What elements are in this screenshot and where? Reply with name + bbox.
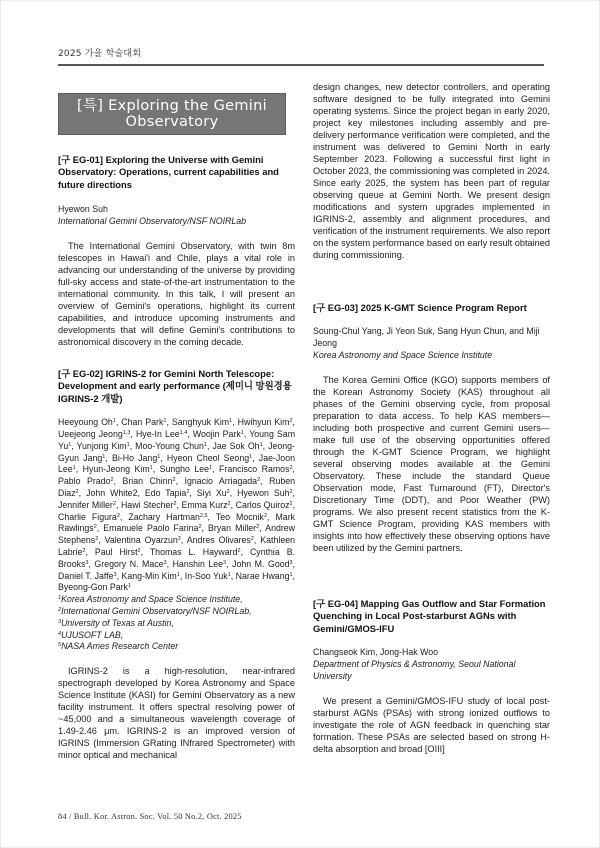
affiliation-marker: 2 [289,418,292,424]
author-name: Andres Olivares [187,535,251,545]
author-name: Thomas L. Hayward [150,547,238,557]
affiliation-marker: 2 [186,489,189,495]
author-name: Narae Hwang [236,571,290,581]
affiliation-marker: 1 [229,418,232,424]
affiliation-marker: 1 [228,572,231,578]
abstract-affiliation: Department of Physics & Astronomy, Seoul… [313,659,550,683]
author-name: Ueejeong Jeong [58,429,123,439]
author-name: Moo-Young Chun [135,441,204,451]
affiliation-marker: 1 [249,454,252,460]
author-name: Bryan Miller [208,523,256,533]
affiliation-marker: 1 [128,583,131,589]
abstract-eg01: [구 EG-01] Exploring the Universe with Ge… [58,154,295,348]
affiliation-marker: 3 [114,572,117,578]
abstract-authors: Changseok Kim, Jong-Hak Woo [313,647,550,659]
author-name: Siyi Xu [197,488,227,498]
author-name: Jennifer Miller [58,500,113,510]
abstract-title: [구 EG-01] Exploring the Universe with Ge… [58,154,295,191]
author-name: Brian Chinn [123,476,173,486]
affiliation-marker: 3 [85,560,88,566]
page-footer: 84 / Bull. Kor. Astron. Soc. Vol. 50 No.… [58,812,242,821]
affiliation-line: 1Korea Astronomy and Space Science Insti… [58,594,295,606]
author-name: Sungho Lee [160,464,209,474]
author-name: Hwihyun Kim [238,417,290,427]
author-name: Byeong-Gon Park [58,582,128,592]
affiliation-marker: 2 [257,477,260,483]
abstract-affiliation: Korea Astronomy and Space Science Instit… [313,350,550,362]
affiliation-marker: 1 [73,465,76,471]
abstract-authors: Heeyoung Oh1, Chan Park1, Sanghyuk Kim1,… [58,417,295,594]
affiliation-line: 4UJUSOFT LAB, [58,630,295,642]
affiliation-marker: 2 [173,477,176,483]
abstract-body-part-1: IGRINS-2 is a high-resolution, near-infr… [58,665,295,761]
author-name: Hanshin Lee [173,559,223,569]
abstract-affiliations: 1Korea Astronomy and Space Science Insti… [58,594,295,653]
author-name: Kang-Min Kim [121,571,176,581]
abstract-title: [구 EG-02] IGRINS-2 for Gemini North Tele… [58,368,295,405]
author-name: Carlos Quiroz [236,500,290,510]
abstract-body: The International Gemini Observatory, wi… [58,240,295,348]
affiliation-marker: 1 [241,430,244,436]
abstract-title: [구 EG-04] Mapping Gas Outflow and Star F… [313,598,550,635]
affiliation-marker: 2 [238,548,241,554]
author-name: Zachary Hartman [128,512,200,522]
author-name: Sanghyuk Kim [172,417,229,427]
abstract-authors: Hyewon Suh [58,204,295,216]
running-head: 2025 가을 학술대회 [58,46,141,59]
affiliation-marker: 2 [228,501,231,507]
affiliation-marker: 1 [209,465,212,471]
author-name: Teo Mocnik [216,512,264,522]
affiliation-marker: 2 [113,501,116,507]
affiliation-marker: 2 [256,524,259,530]
affiliation-marker: 2 [227,489,230,495]
affiliation-marker: 2 [173,501,176,507]
journal-page: 2025 가을 학술대회 [특] Exploring the Gemini Ob… [0,0,600,848]
author-name: Emma Kurz [181,500,227,510]
author-name: Emanuele Paolo Farina [103,523,198,533]
affiliation-marker: 1 [260,442,263,448]
affiliation-marker: 1 [289,572,292,578]
abstract-body-part-2: design changes, new detector controllers… [313,81,550,261]
affiliation-marker: 2 [110,477,113,483]
author-name: Charlie Figura [58,512,117,522]
author-name: Gregory N. Mace [94,559,163,569]
affiliation-marker: 2 [82,548,85,554]
abstract-title: [구 EG-03] 2025 K-GMT Science Program Rep… [313,302,550,314]
abstract-eg04: [구 EG-04] Mapping Gas Outflow and Star F… [313,598,550,755]
affiliation-marker: 3 [223,560,226,566]
author-name: Hyeon Cheol Seong [167,453,249,463]
affiliation-line: 2International Gemini Observatory/NSF NO… [58,606,295,618]
affiliation-marker: 2 [289,465,292,471]
author-name: Pablo Prado [58,476,110,486]
author-name: John White2 [86,488,137,498]
author-name: Hawi Stecher [121,500,173,510]
abstract-body: We present a Gemini/GMOS-IFU study of lo… [313,695,550,755]
author-name: Heeyoung Oh [58,417,113,427]
author-name: Daniel T. Jaffe [58,571,114,581]
author-name: Ignacio Arriagada [185,476,258,486]
abstract-eg03: [구 EG-03] 2025 K-GMT Science Program Rep… [313,302,550,554]
header-rule [58,64,544,66]
abstract-affiliation: International Gemini Observatory/NSF NOI… [58,216,295,228]
abstract-authors: Soung-Chul Yang, Ji Yeon Suk, Sang Hyun … [313,326,550,350]
author-name: Hyun-Jeong Kim [83,464,150,474]
affiliation-marker: 2 [290,501,293,507]
session-title-line-2: Observatory [59,114,285,130]
author-name: Hye-In Lee [136,429,180,439]
author-name: Paul Hirst [95,547,138,557]
affiliation-marker: 2 [76,489,79,495]
affiliation-marker: 2 [95,536,98,542]
abstract-eg02: [구 EG-02] IGRINS-2 for Gemini North Tele… [58,368,295,761]
affiliation-marker: 1 [204,442,207,448]
affiliation-marker: 2,5 [200,513,208,519]
affiliation-line: 3University of Texas at Austin, [58,618,295,630]
author-name: Yunjong Kim [77,441,127,451]
author-name: Francisco Ramos [219,464,289,474]
affiliation-marker: 2 [289,489,292,495]
affiliation-marker: 3 [290,560,293,566]
affiliation-marker: 2 [117,513,120,519]
affiliation-marker: 1 [113,418,116,424]
abstract-body: The Korea Gemini Office (KGO) supports m… [313,374,550,554]
session-title-box: [특] Exploring the Gemini Observatory [58,93,286,135]
affiliation-marker: 3 [164,560,167,566]
affiliation-marker: 1 [163,418,166,424]
session-title-line-1: [특] Exploring the Gemini [59,98,285,114]
author-name: Bi-Ho Jang [112,453,157,463]
affiliation-marker: 1,4 [180,430,188,436]
affiliation-marker: 2 [94,524,97,530]
affiliation-marker: 1 [102,454,105,460]
author-name: Woojin Park [193,429,241,439]
author-name: Edo Tapia [145,488,186,498]
affiliation-line: 5NASA Ames Research Center [58,641,295,653]
affiliation-marker: 1,3 [123,430,131,436]
author-name: Hyewon Suh [237,488,289,498]
affiliation-marker: 1 [177,572,180,578]
affiliation-marker: 2 [198,524,201,530]
author-name: Jae Sok Oh [212,441,259,451]
affiliation-marker: 2 [138,548,141,554]
affiliation-marker: 2 [251,536,254,542]
abstract-eg02-continued: design changes, new detector controllers… [313,81,550,261]
affiliation-marker: 2 [178,536,181,542]
author-name: John M. Good [232,559,289,569]
affiliation-marker: 2 [264,513,267,519]
affiliation-marker: 1 [150,465,153,471]
affiliation-marker: 1 [68,442,71,448]
affiliation-marker: 1 [157,454,160,460]
author-name: In-Soo Yuk [185,571,228,581]
affiliation-marker: 1 [127,442,130,448]
author-name: Chan Park [121,417,163,427]
author-name: Valentina Oyarzun [105,535,178,545]
